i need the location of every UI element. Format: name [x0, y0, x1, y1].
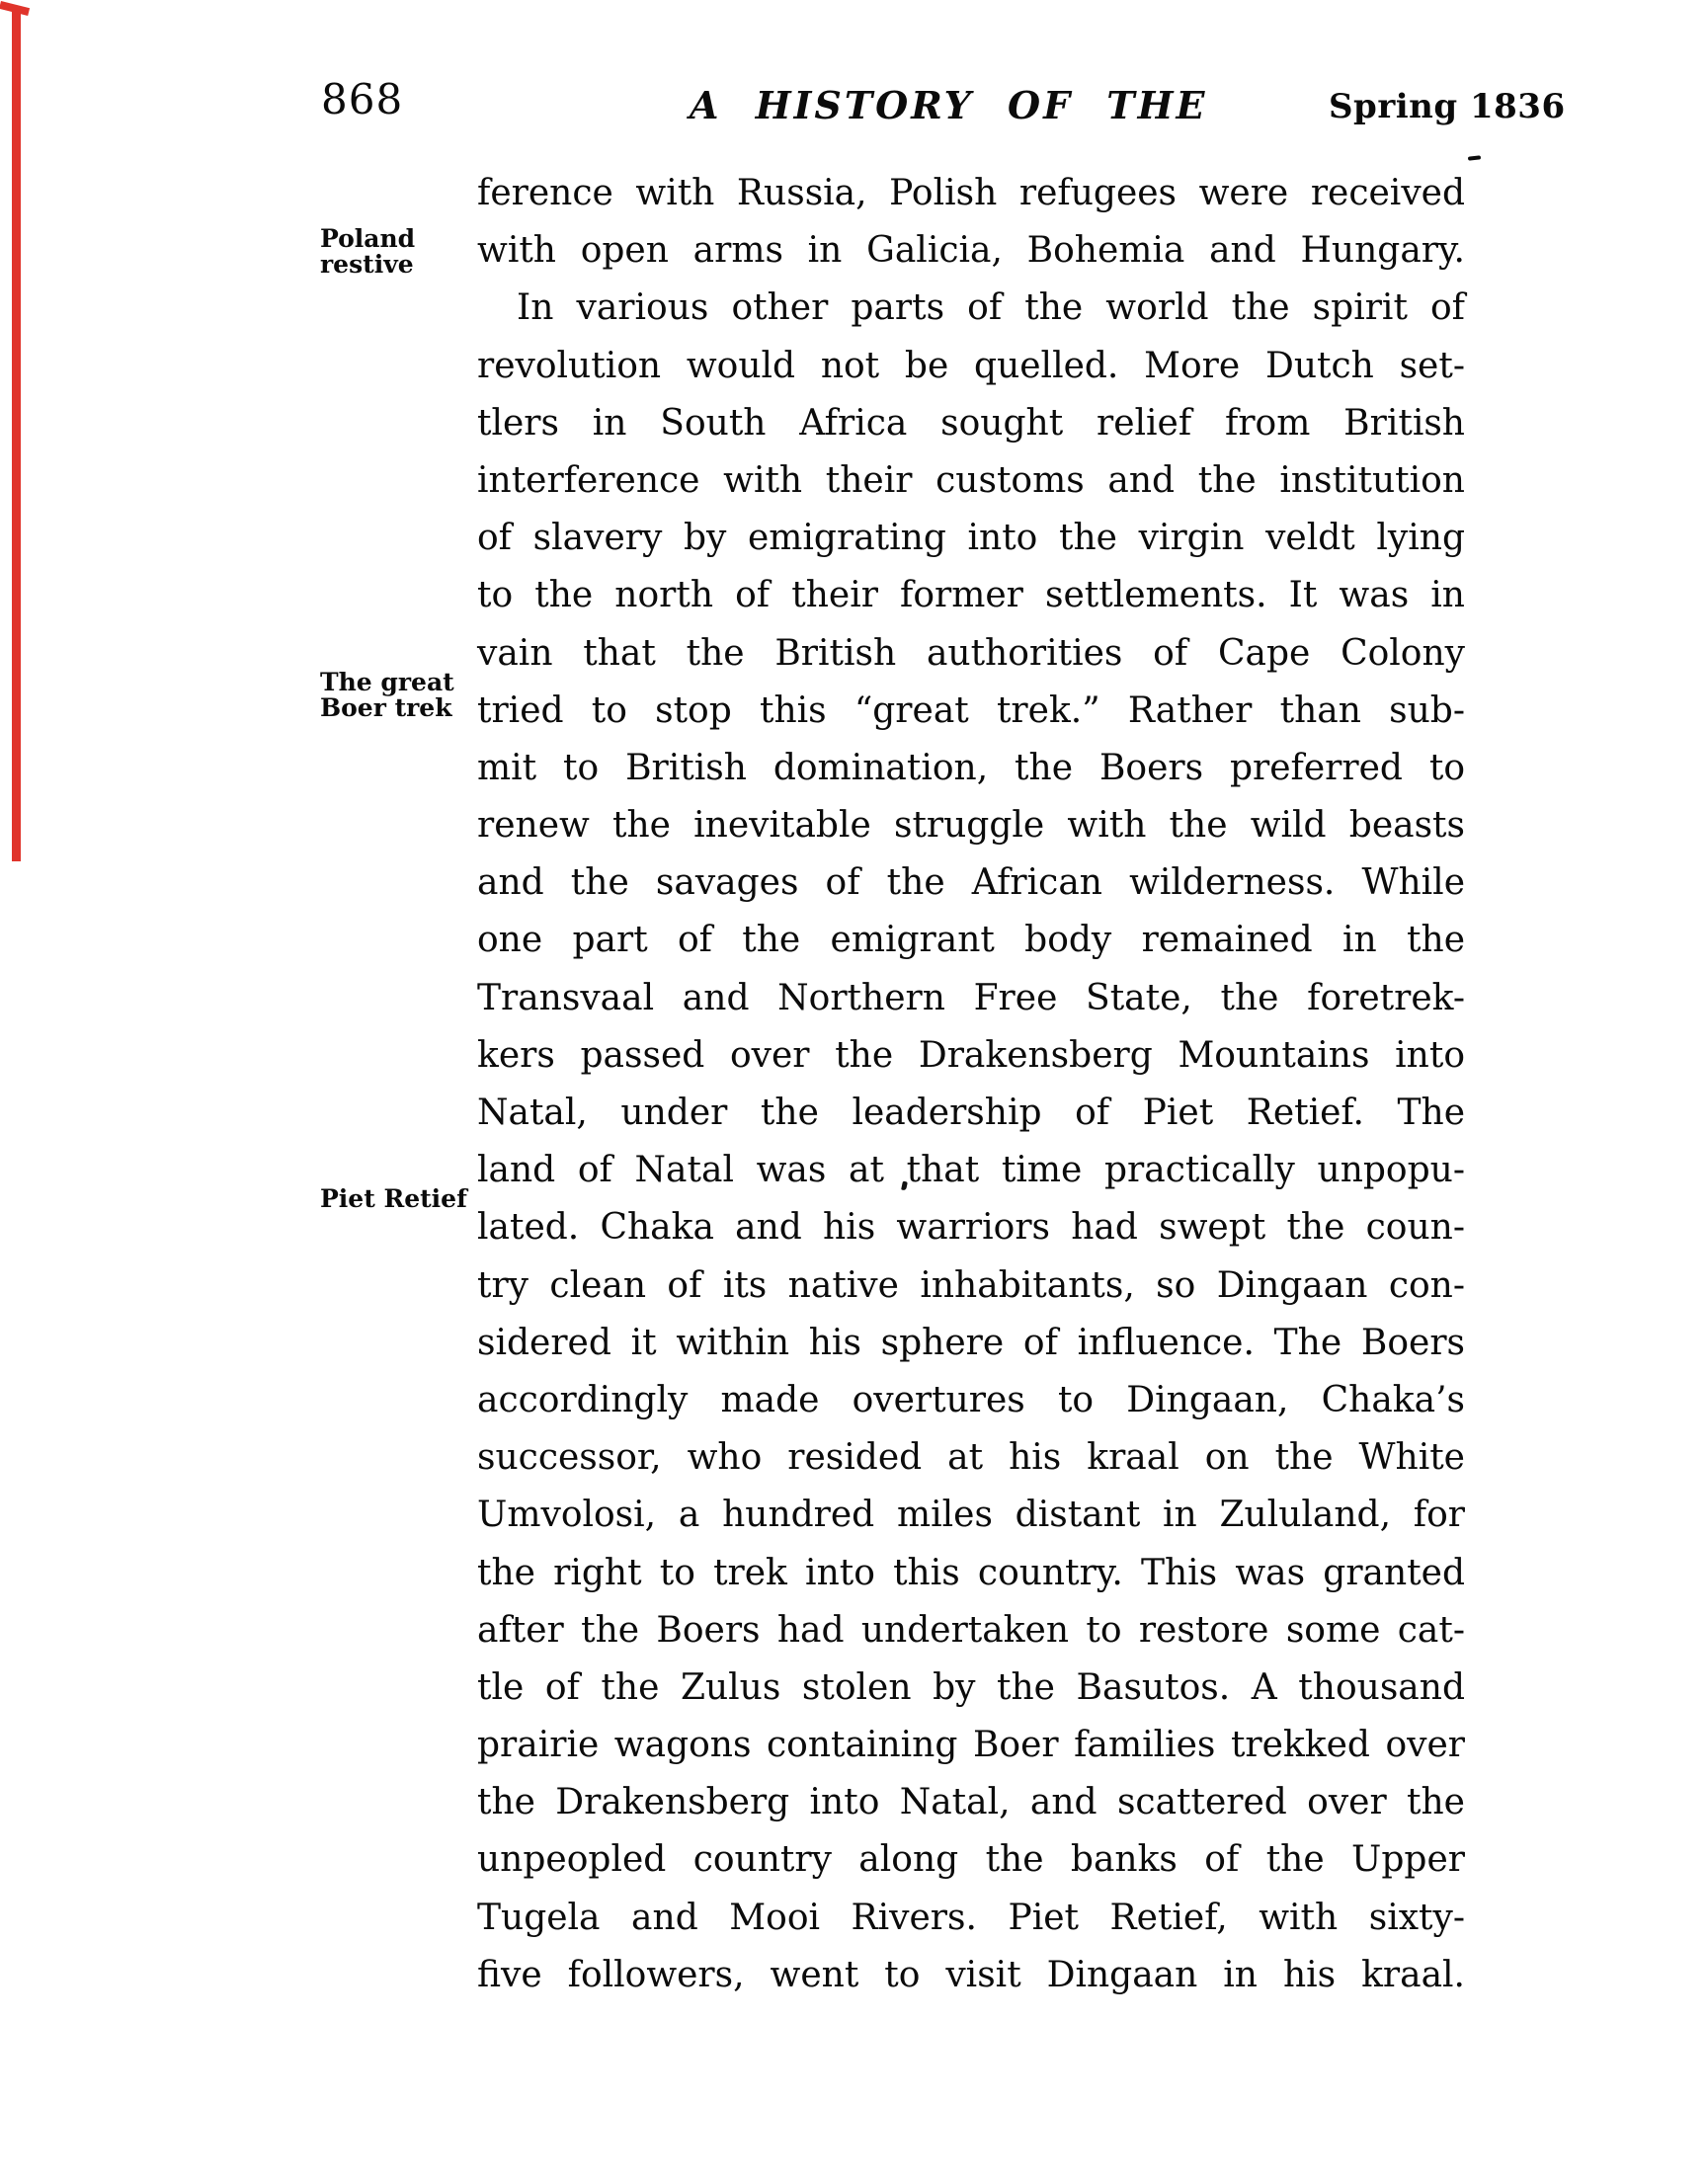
body-line: vain that the British authorities of Cap… [477, 625, 1465, 683]
margin-note-line: restive [320, 252, 474, 278]
body-line: five followers, went to visit Dingaan in… [477, 1947, 1465, 2004]
body-line: interference with their customs and the … [477, 452, 1465, 510]
body-line: land of Natal was at that time practical… [477, 1142, 1465, 1199]
body-line: try clean of its native inhabitants, so … [477, 1257, 1465, 1315]
body-line: tried to stop this “great trek.” Rather … [477, 683, 1465, 740]
body-line: unpeopled country along the banks of the… [477, 1831, 1465, 1889]
red-scan-artifact-line [12, 8, 21, 861]
margin-note-poland-restive: Poland restive [320, 226, 474, 277]
body-line: the right to trek into this country. Thi… [477, 1545, 1465, 1602]
body-text-column: ference with Russia, Polish refugees wer… [477, 165, 1465, 2004]
body-line: Tugela and Mooi Rivers. Piet Retief, wit… [477, 1890, 1465, 1947]
body-line: Umvolosi, a hundred miles distant in Zul… [477, 1487, 1465, 1544]
header-date: Spring 1836 [1329, 87, 1566, 126]
body-line: Natal, under the leadership of Piet Reti… [477, 1085, 1465, 1142]
stray-ink-dash [1468, 155, 1481, 160]
body-line: accordingly made overtures to Dingaan, C… [477, 1372, 1465, 1429]
body-line: lated. Chaka and his warriors had swept … [477, 1199, 1465, 1256]
body-line: tle of the Zulus stolen by the Basutos. … [477, 1659, 1465, 1717]
margin-note-line: Piet Retief [320, 1186, 474, 1212]
body-line: sidered it within his sphere of influenc… [477, 1315, 1465, 1372]
body-line: revolution would not be quelled. More Du… [477, 338, 1465, 395]
margin-note-line: Poland [320, 226, 474, 252]
body-line: renew the inevitable struggle with the w… [477, 797, 1465, 854]
body-line: mit to British domination, the Boers pre… [477, 740, 1465, 797]
body-line: kers passed over the Drakensberg Mountai… [477, 1027, 1465, 1085]
body-line: ference with Russia, Polish refugees wer… [477, 165, 1465, 222]
body-line: Transvaal and Northern Free State, the f… [477, 970, 1465, 1027]
book-page: { "page": { "number": "868", "running_ti… [0, 0, 1707, 2184]
body-line: tlers in South Africa sought relief from… [477, 395, 1465, 452]
margin-note-line: The great [320, 670, 474, 695]
body-line: one part of the emigrant body remained i… [477, 912, 1465, 969]
body-line: with open arms in Galicia, Bohemia and H… [477, 222, 1465, 280]
page-number: 868 [321, 75, 403, 123]
margin-note-piet-retief: Piet Retief [320, 1186, 474, 1212]
body-line: and the savages of the African wildernes… [477, 854, 1465, 912]
body-line: In various other parts of the world the … [477, 280, 1465, 337]
body-line: after the Boers had undertaken to restor… [477, 1602, 1465, 1659]
body-line: prairie wagons containing Boer families … [477, 1717, 1465, 1774]
running-title: A HISTORY OF THE [690, 83, 1207, 127]
body-line: the Drakensberg into Natal, and scattere… [477, 1774, 1465, 1831]
body-line: successor, who resided at his kraal on t… [477, 1429, 1465, 1487]
margin-note-line: Boer trek [320, 695, 474, 721]
body-line: of slavery by emigrating into the virgin… [477, 510, 1465, 567]
margin-note-great-boer-trek: The great Boer trek [320, 670, 474, 720]
body-line: to the north of their former settlements… [477, 567, 1465, 624]
